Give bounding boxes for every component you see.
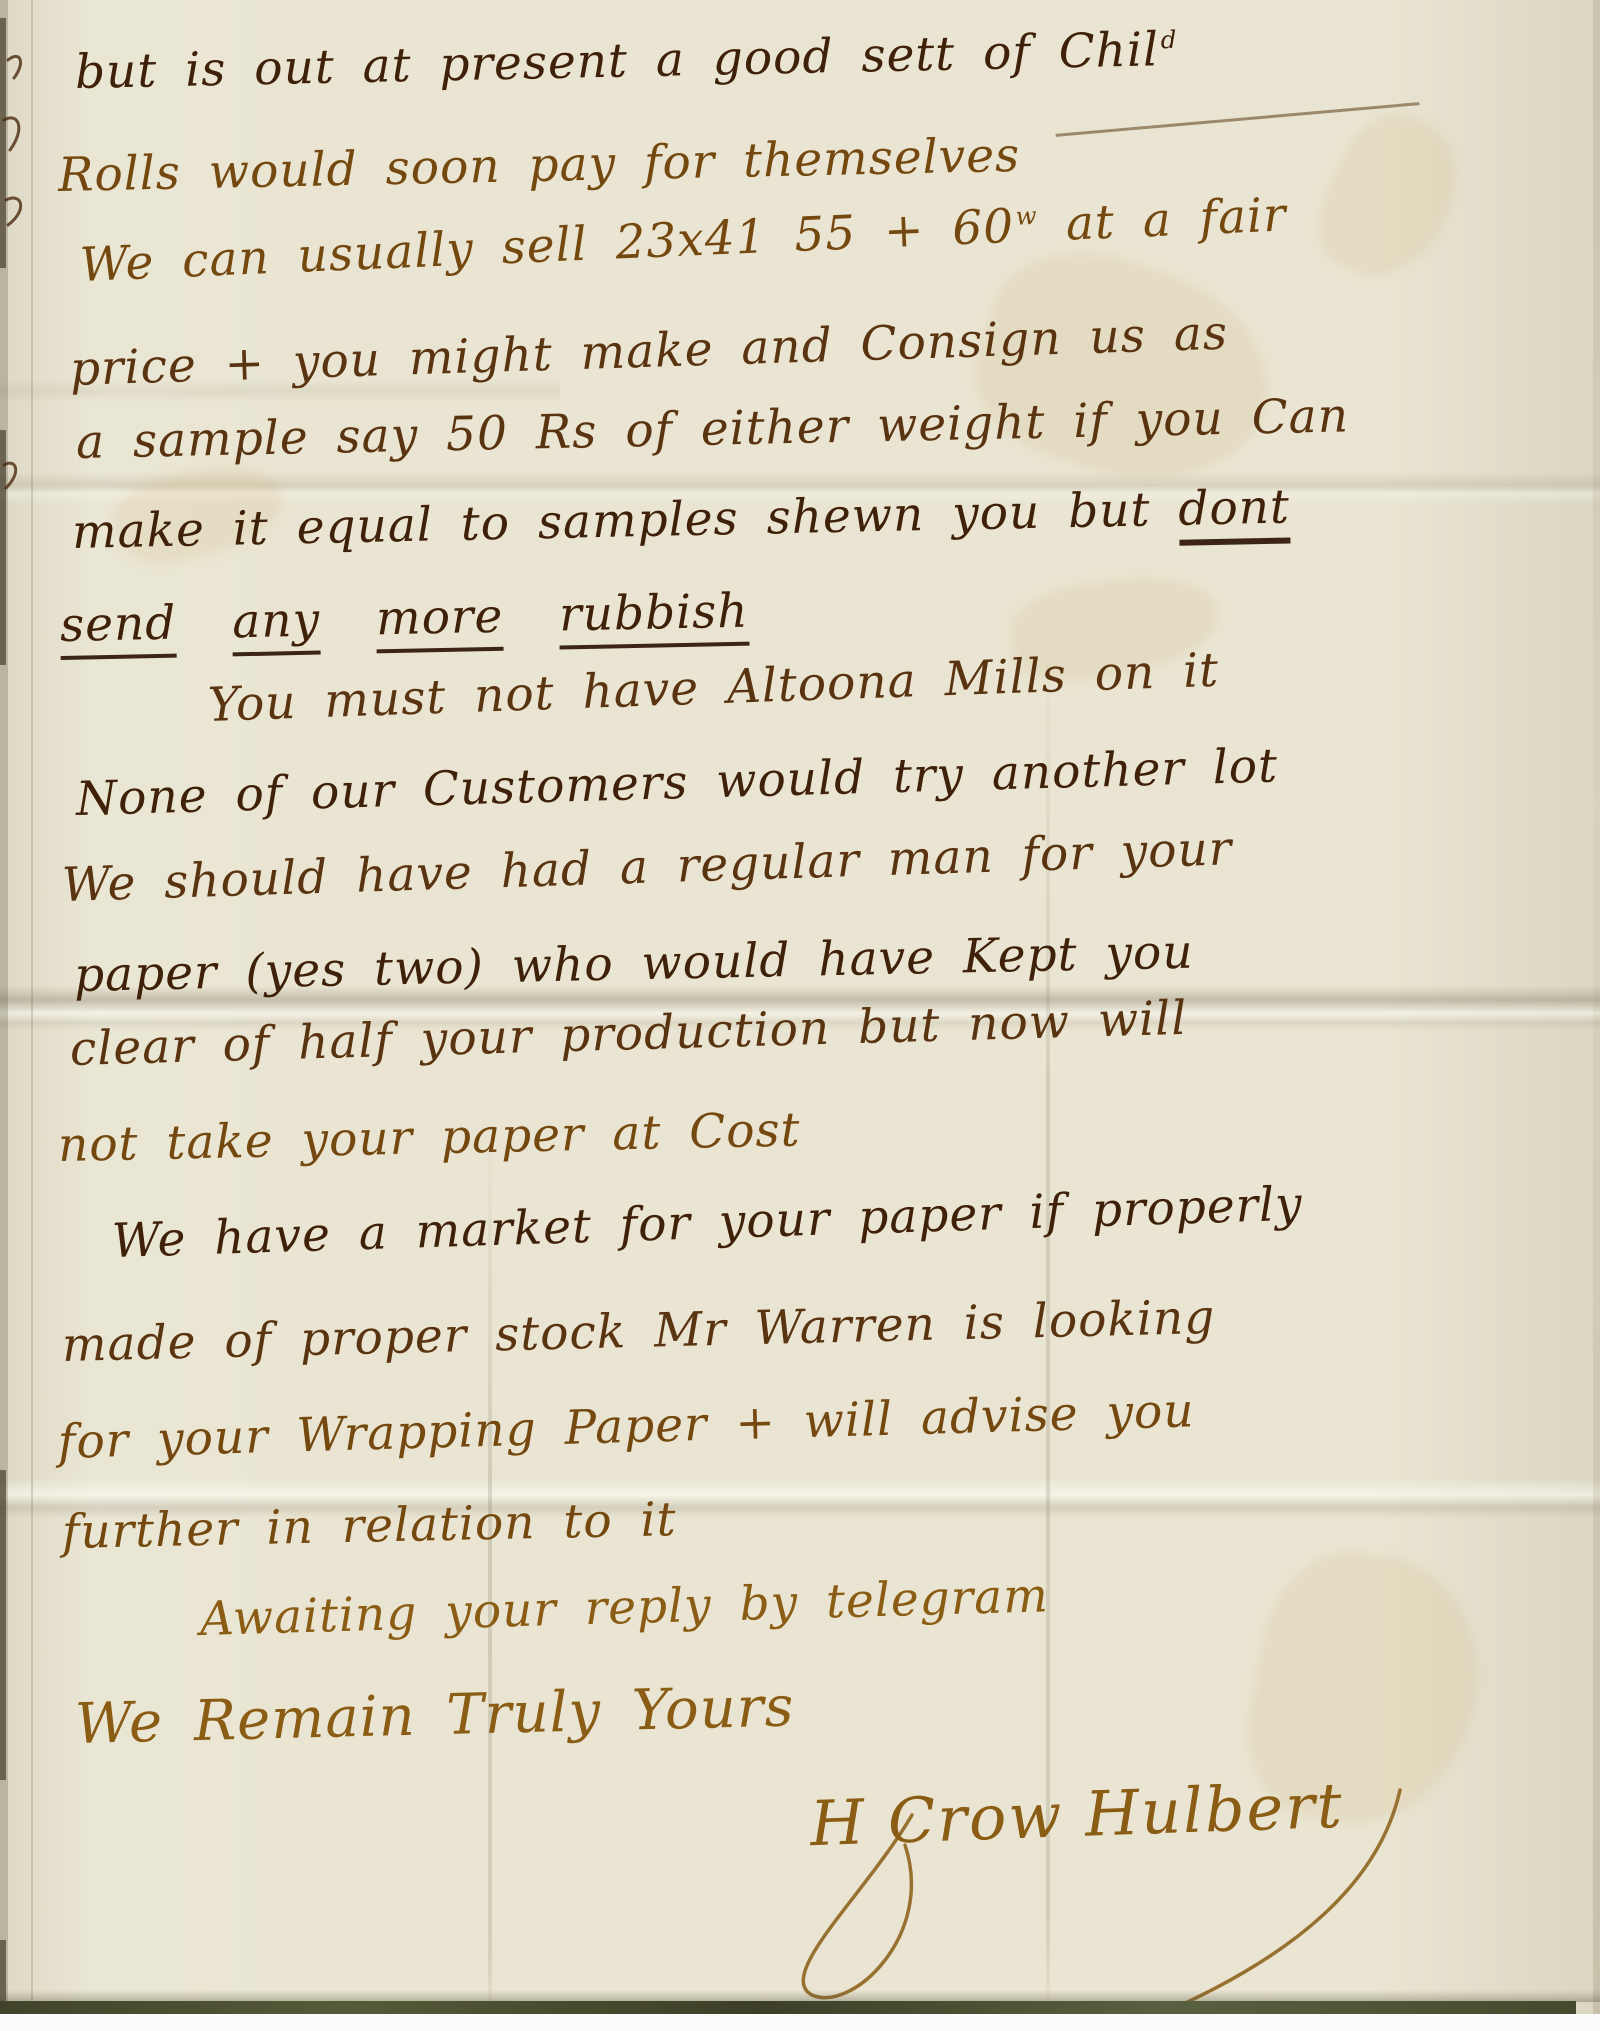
paper-right-edge: [1593, 0, 1600, 2014]
cut-off-ink-marks: [0, 0, 40, 600]
scanned-letter-page: but is out at present a good sett of Chi…: [0, 0, 1600, 2031]
superscript-text: d: [1160, 25, 1177, 54]
line-text: at a fair: [1037, 187, 1288, 252]
underlined-word: send: [59, 596, 177, 660]
superscript-text: w: [1015, 201, 1038, 231]
paper-bottom-edge: [0, 2001, 1576, 2014]
underlined-word: any: [232, 593, 321, 657]
paper-edge-shadow: [0, 1470, 6, 1780]
underlined-word: rubbish: [559, 584, 750, 650]
scanner-background: [0, 2014, 1600, 2031]
underlined-word: dont: [1178, 479, 1291, 545]
underlined-word: more: [375, 589, 503, 654]
